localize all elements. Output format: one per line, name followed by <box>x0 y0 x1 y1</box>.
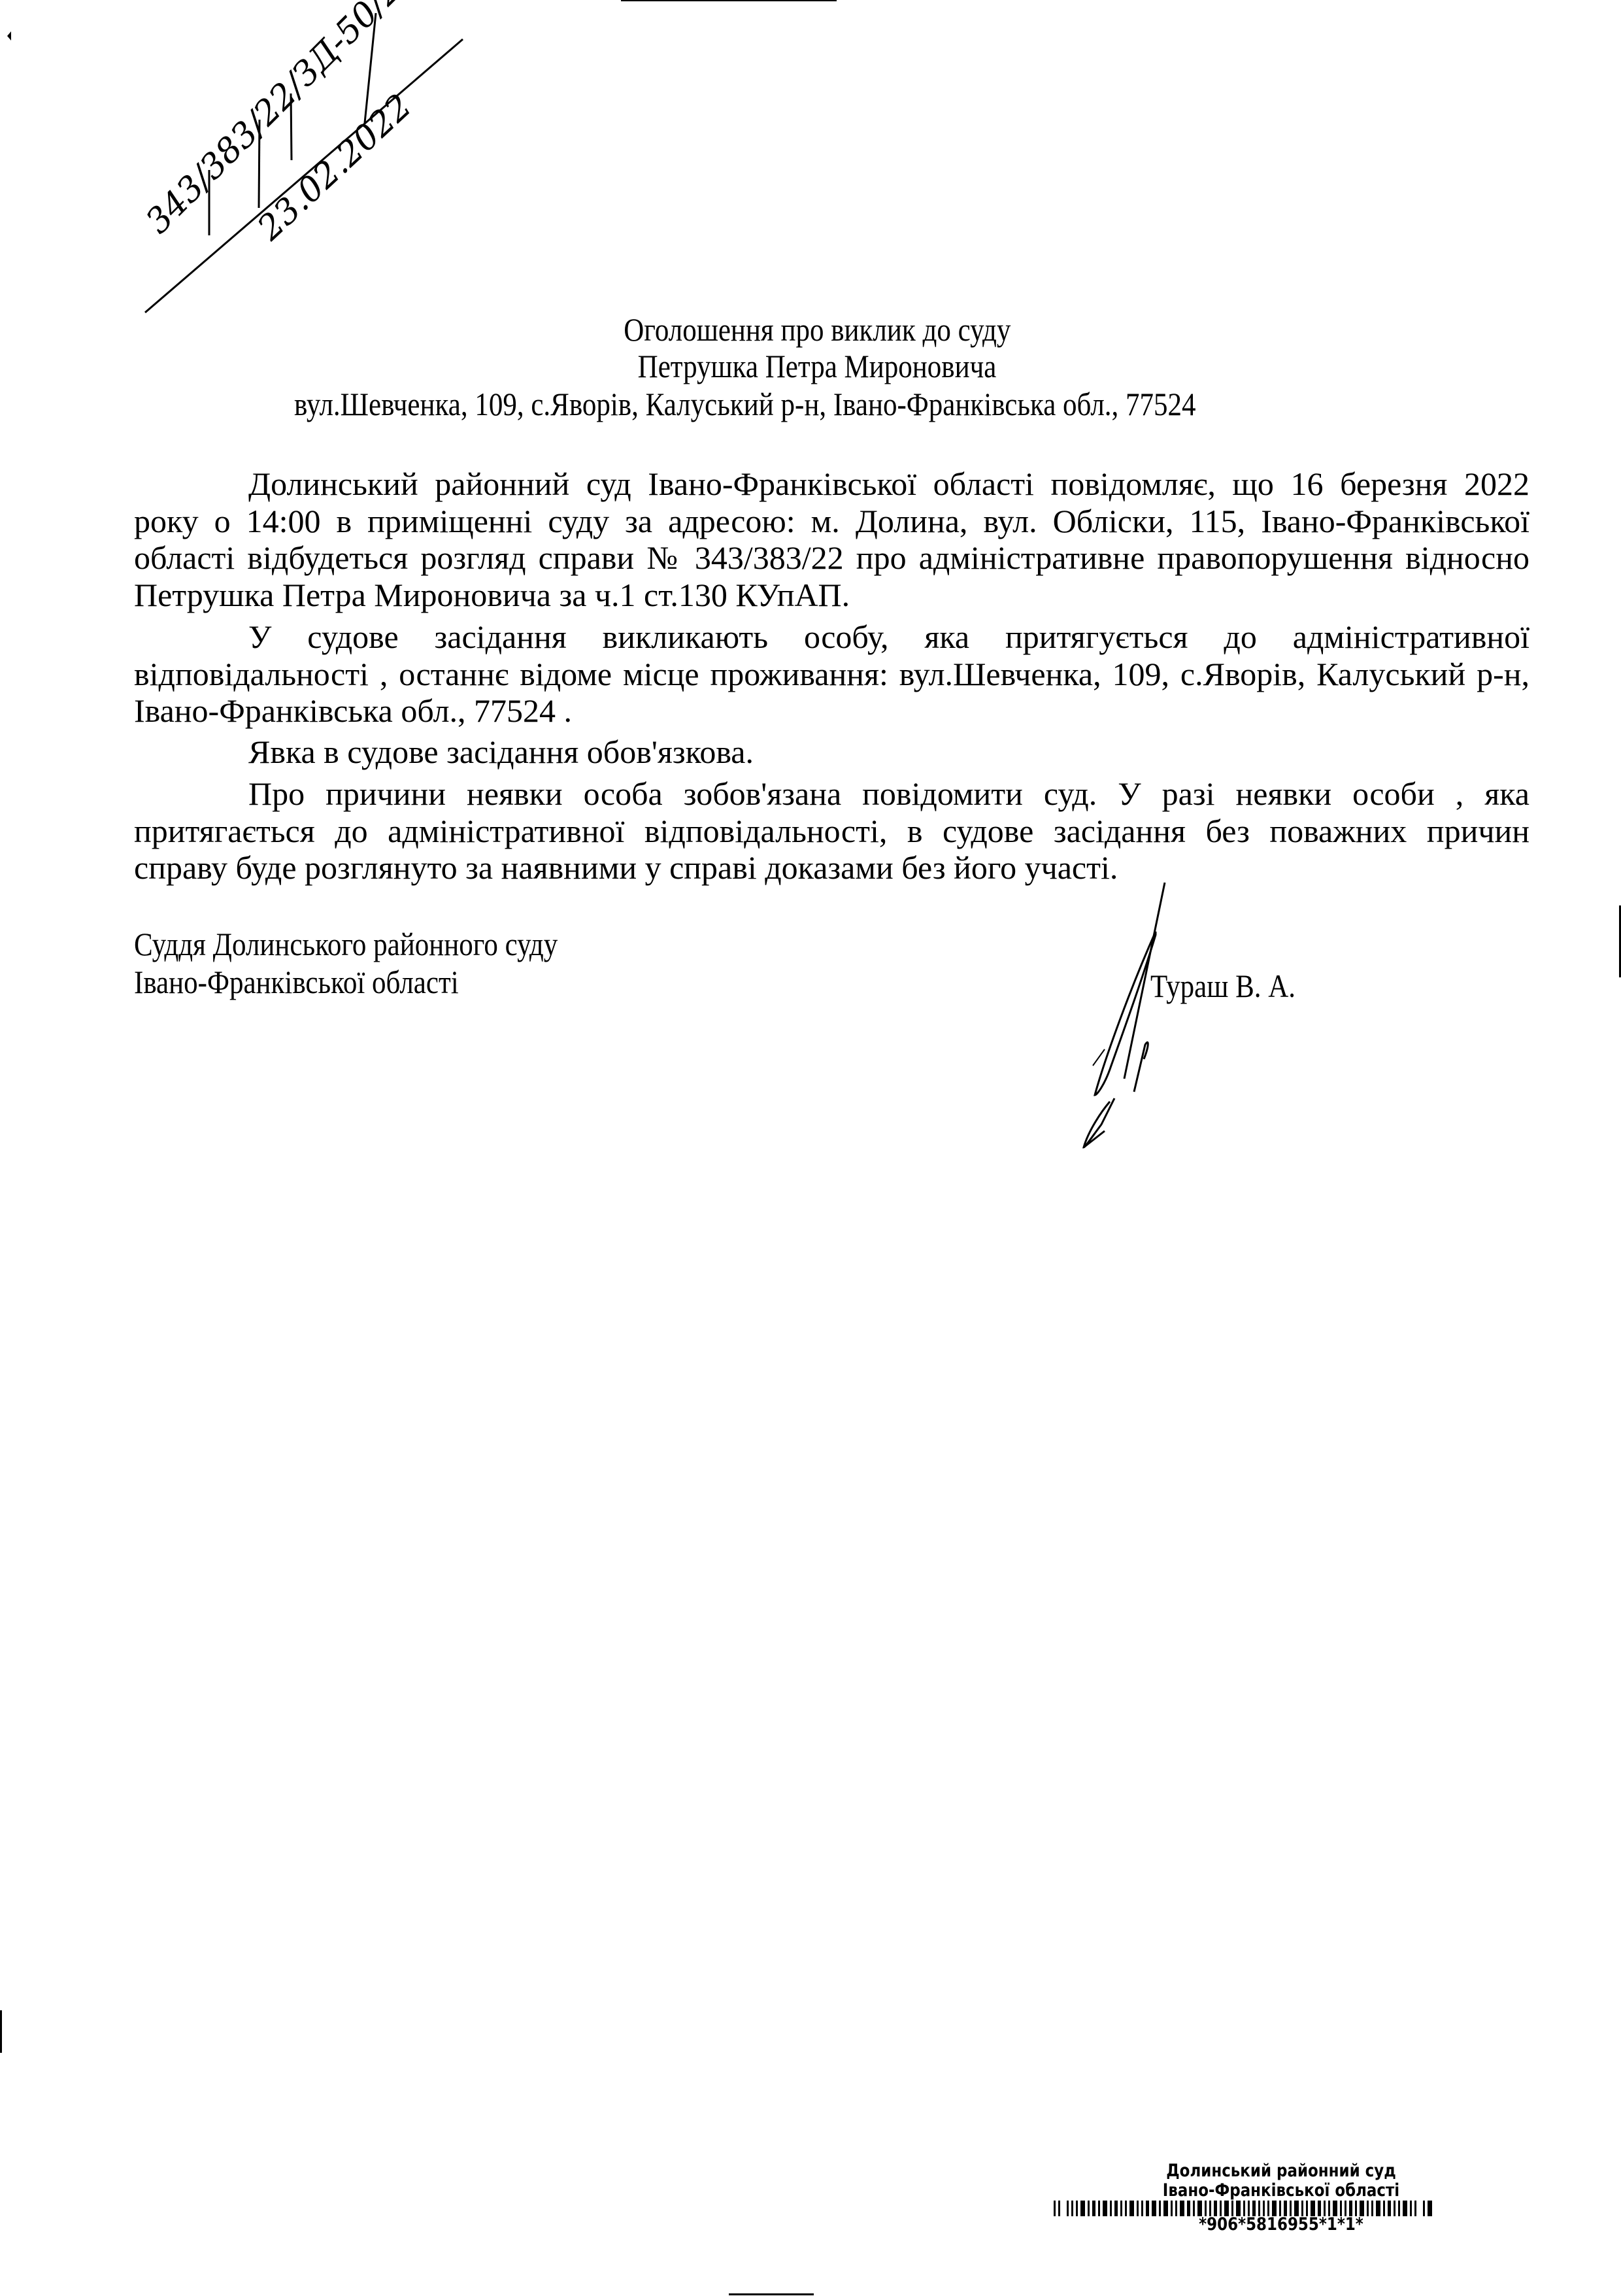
text-line: Івано-Франківська обл., 77524 . <box>134 692 1529 730</box>
barcode-code: *906*5816955*1*1* <box>1081 2215 1481 2235</box>
text-line: притягається до адміністративної відпові… <box>134 813 1529 850</box>
paragraph-absence: Про причини неявки особа зобов'язана пов… <box>134 775 1529 886</box>
stamp-court-name: Долинський районний суд <box>1081 2161 1481 2181</box>
text-line: року о 14:00 в приміщенні суду за адресо… <box>134 503 1529 540</box>
scan-artifact-bottom <box>729 2293 814 2295</box>
person-name: Петрушка Петра Мироновича <box>0 348 1621 384</box>
text-line: відповідальності , останнє відоме місце … <box>134 656 1529 693</box>
text-line: Петрушка Петра Мироновича за ч.1 ст.130 … <box>134 577 1529 614</box>
text-line: У судове засідання викликають особу, яка… <box>134 618 1529 656</box>
judge-position-line1: Суддя Долинського районного суду <box>134 926 558 962</box>
paragraph-attendance: Явка в судове засідання обов'язкова. <box>134 734 1529 771</box>
document-title: Оголошення про виклик до суду <box>0 311 1621 348</box>
text-line: Долинський районний суд Івано-Франківськ… <box>134 465 1529 503</box>
paragraph-hearing-notice: Долинський районний суд Івано-Франківськ… <box>134 465 1529 613</box>
registry-stamp: Долинський районний суд Івано-Франківськ… <box>1046 2161 1516 2201</box>
text-line: Явка в судове засідання обов'язкова. <box>134 734 1529 771</box>
scan-artifact-left-bottom <box>0 2010 2 2053</box>
stamp-region: Івано-Франківської області <box>1081 2181 1481 2201</box>
handwritten-registration-mark: 343/383/22/ЗД-50/22 23.02.2022 <box>131 0 601 327</box>
handwritten-signature <box>980 869 1190 1151</box>
paragraph-summons: У судове засідання викликають особу, яка… <box>134 618 1529 730</box>
text-line: справу буде розглянуто за наявними у спр… <box>134 849 1529 886</box>
text-line: області відбудеться розгляд справи № 343… <box>134 539 1529 577</box>
text-line: Про причини неявки особа зобов'язана пов… <box>134 775 1529 813</box>
barcode-number: *906*5816955*1*1* <box>1046 2215 1516 2235</box>
person-address: вул.Шевченка, 109, с.Яворів, Калуський р… <box>0 386 1621 422</box>
scan-artifact-top <box>621 0 837 1</box>
scan-artifact-left-top <box>7 31 11 41</box>
judge-position-line2: Івано-Франківської області <box>134 964 459 1000</box>
